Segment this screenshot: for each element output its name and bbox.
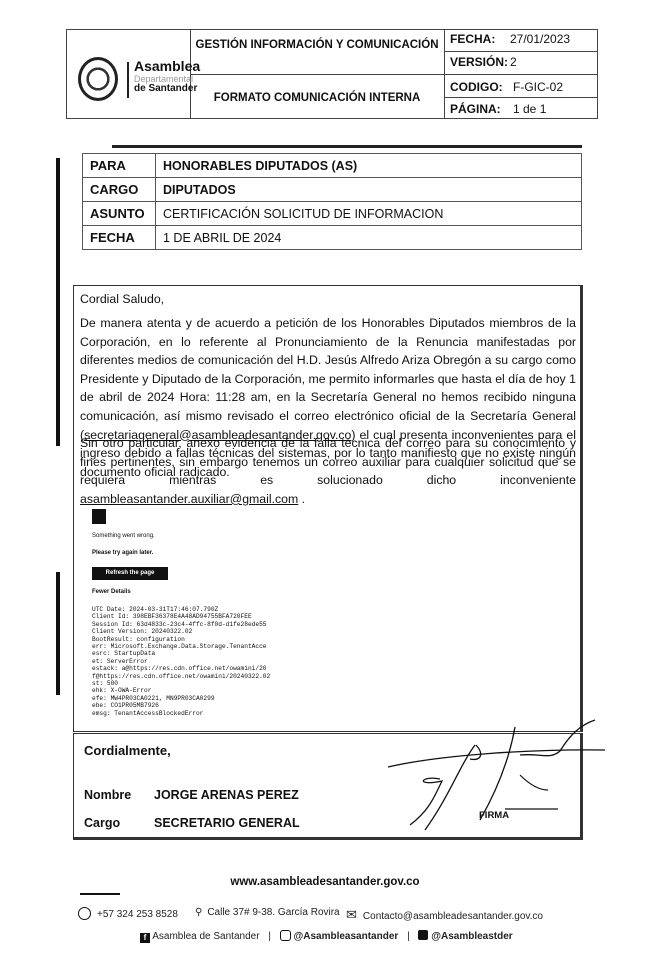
closing: Cordialmente, xyxy=(84,743,171,758)
table-row: FECHA1 DE ABRIL DE 2024 xyxy=(83,226,582,250)
process-name: GESTIÓN INFORMACIÓN Y COMUNICACIÓN xyxy=(190,39,444,52)
decorative-rule xyxy=(112,145,582,148)
envelope-icon: ✉ xyxy=(346,907,357,923)
location-pin-icon: ⚲ xyxy=(195,907,202,918)
email-contact: ✉Contacto@asambleadesantander.gov.co xyxy=(346,907,543,923)
fewer-details-link[interactable]: Fewer Details xyxy=(92,589,131,595)
error-details: UTC Date: 2024-03-31T17:46:07.790Z Clien… xyxy=(92,606,270,717)
coat-of-arms-icon xyxy=(78,57,118,101)
instagram-icon xyxy=(280,930,291,941)
version-value: 2 xyxy=(510,55,517,69)
footer-rule xyxy=(80,893,120,895)
codigo-label: CODIGO: xyxy=(450,80,503,94)
nombre-value: JORGE ARENAS PEREZ xyxy=(154,788,299,802)
logo-subtitle-2: de Santander xyxy=(134,83,197,94)
decorative-side-bar-2 xyxy=(56,572,60,695)
logo-divider xyxy=(127,62,129,98)
error-subtitle: Please try again later. xyxy=(92,550,153,556)
codigo-value: F-GIC-02 xyxy=(513,80,563,94)
address-contact: ⚲Calle 37# 9-38. García Rovira xyxy=(195,907,340,918)
fecha-label: FECHA: xyxy=(450,32,495,46)
twitter-icon xyxy=(418,930,428,940)
cargo-value: SECRETARIO GENERAL xyxy=(154,816,300,830)
table-row: ASUNTOCERTIFICACIÓN SOLICITUD DE INFORMA… xyxy=(83,202,582,226)
logo-title: Asamblea xyxy=(134,58,200,74)
auxiliar-email-link[interactable]: asambleasantander.auxiliar@gmail.com xyxy=(80,492,298,506)
website-link[interactable]: www.asambleadesantander.gov.co xyxy=(0,876,650,888)
error-title: Something went wrong. xyxy=(92,533,155,539)
table-row: CARGODIPUTADOS xyxy=(83,178,582,202)
nombre-label: Nombre xyxy=(84,788,131,802)
phone-contact: +57 324 253 8528 xyxy=(78,907,178,920)
pagina-label: PÁGINA: xyxy=(450,102,501,116)
facebook-icon: f xyxy=(140,933,150,943)
refresh-page-button[interactable]: Refresh the page xyxy=(92,567,168,580)
memo-info-table: PARAHONORABLES DIPUTADOS (AS) CARGODIPUT… xyxy=(82,153,582,250)
error-image-icon xyxy=(92,509,106,524)
firma-label: FIRMA xyxy=(479,810,509,821)
handwritten-signature xyxy=(380,715,610,840)
table-row: PARAHONORABLES DIPUTADOS (AS) xyxy=(83,154,582,178)
greeting: Cordial Saludo, xyxy=(80,290,576,309)
cargo-label: Cargo xyxy=(84,816,120,830)
paragraph-2: Sin otro particular, anexo evidencia de … xyxy=(80,434,576,508)
version-label: VERSIÓN: xyxy=(450,55,508,69)
decorative-side-bar xyxy=(56,158,60,446)
pagina-value: 1 de 1 xyxy=(513,102,546,116)
social-links: f Asamblea de Santander | @Asambleasanta… xyxy=(140,930,513,943)
whatsapp-icon xyxy=(78,907,91,920)
format-name: FORMATO COMUNICACIÓN INTERNA xyxy=(190,92,444,104)
fecha-value: 27/01/2023 xyxy=(510,32,570,46)
